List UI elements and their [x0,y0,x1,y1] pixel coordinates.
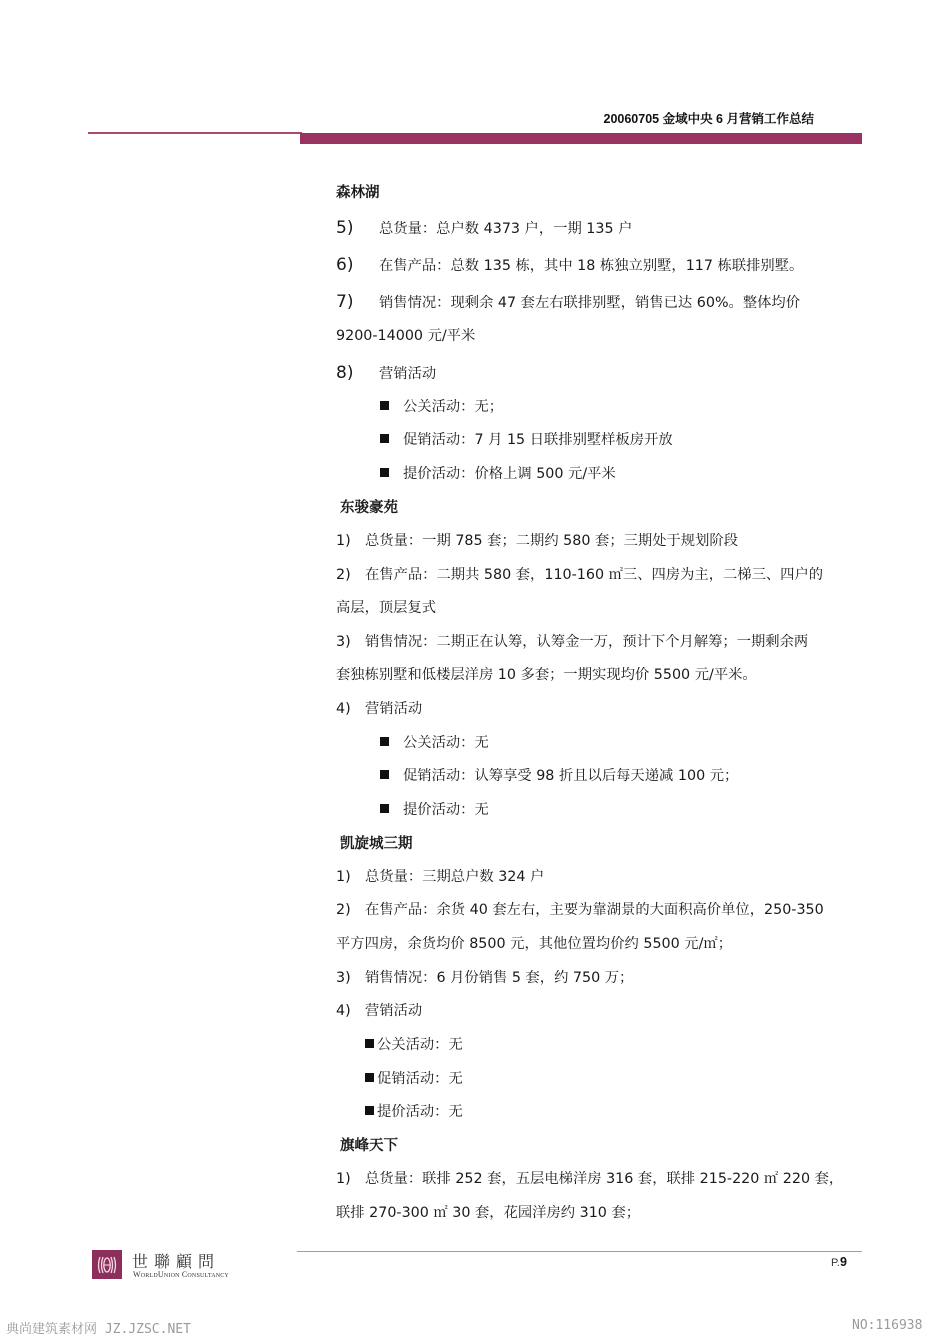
activity-text: 提价活动：价格上调 500 元/平米 [403,466,616,482]
item-number: 1) [336,867,365,887]
activity-item: 促销活动：认筹享受 98 折且以后每天递减 100 元； [380,766,738,786]
square-bullet-icon [380,804,389,813]
item-text: 销售情况：6 月份销售 5 套，约 750 万； [365,970,633,986]
square-bullet-icon [365,1073,374,1082]
item-number: 3) [336,632,365,652]
page-prefix: P. [831,1257,840,1269]
list-item: 4)营销活动 [336,1001,422,1021]
list-item: 1)总货量：联排 252 套，五层电梯洋房 316 套，联排 215-220 ㎡… [336,1169,843,1189]
activity-item: 公关活动：无 [365,1035,463,1055]
section-title: 凯旋城三期 [340,834,413,854]
item-number: 2) [336,565,365,585]
item-number: 3) [336,968,365,988]
watermark-id: NO:116938 [852,1318,922,1333]
activity-text: 促销活动：认筹享受 98 折且以后每天递减 100 元； [403,768,738,784]
square-bullet-icon [380,401,389,410]
list-item: 1)总货量：一期 785 套；二期约 580 套；三期处于规划阶段 [336,531,738,551]
item-text: 在售产品：余货 40 套左右，主要为靠湖景的大面积高价单位，250-350 [365,902,824,918]
list-item: 5)总货量：总户数 4373 户，一期 135 户 [336,218,632,239]
item-text: 在售产品：总数 135 栋，其中 18 栋独立别墅，117 栋联排别墅。 [379,258,803,274]
activity-text: 提价活动：无 [403,802,489,818]
list-item: 4)营销活动 [336,699,422,719]
activity-text: 公关活动：无 [403,735,489,751]
square-bullet-icon [365,1039,374,1048]
logo-chinese-name: 世聯顧問 [132,1249,220,1272]
list-item: 1)总货量：三期总户数 324 户 [336,867,544,887]
activity-item: 促销活动：7 月 15 日联排别墅样板房开放 [380,430,673,450]
square-bullet-icon [380,468,389,477]
activity-text: 提价活动：无 [377,1104,463,1120]
item-continuation: 联排 270-300 ㎡ 30 套，花园洋房约 310 套； [336,1203,640,1223]
worldunion-logo-icon [92,1250,122,1279]
list-item: 6)在售产品：总数 135 栋，其中 18 栋独立别墅，117 栋联排别墅。 [336,255,803,276]
watermark-site: 典尚建筑素材网 JZ.JZSC.NET [6,1318,191,1337]
item-number: 5) [336,218,379,238]
footer-rule [297,1251,862,1252]
activity-text: 公关活动：无 [377,1037,463,1053]
item-number: 1) [336,531,365,551]
item-number: 4) [336,1001,365,1021]
item-text: 营销活动 [365,1003,422,1019]
item-number: 8) [336,363,379,383]
logo-english-name: WorldUnion Consultancy [133,1270,229,1279]
item-number: 2) [336,900,365,920]
section-title: 森林湖 [336,183,380,203]
page-number-value: 9 [840,1255,847,1269]
list-item: 2)在售产品：二期共 580 套，110-160 ㎡三、四房为主，二梯三、四户的 [336,565,823,585]
list-item: 3)销售情况：二期正在认筹，认筹金一万，预计下个月解筹；一期剩余两 [336,632,808,652]
activity-item: 公关活动：无 [380,733,489,753]
item-continuation: 高层，顶层复式 [336,598,436,618]
item-text: 销售情况：现剩余 47 套左右联排别墅，销售已达 60%。整体均价 [379,295,800,311]
item-continuation: 平方四房，余货均价 8500 元，其他位置均价约 5500 元/㎡； [336,934,732,954]
item-number: 1) [336,1169,365,1189]
item-text: 总货量：联排 252 套，五层电梯洋房 316 套，联排 215-220 ㎡ 2… [365,1171,843,1187]
list-item: 3)销售情况：6 月份销售 5 套，约 750 万； [336,968,633,988]
page-number: P.9 [831,1255,847,1269]
list-item: 8)营销活动 [336,363,436,384]
item-text: 总货量：三期总户数 324 户 [365,869,544,885]
item-text: 营销活动 [365,701,422,717]
item-text: 销售情况：二期正在认筹，认筹金一万，预计下个月解筹；一期剩余两 [365,634,808,650]
activity-text: 促销活动：7 月 15 日联排别墅样板房开放 [403,432,673,448]
activity-item: 提价活动：价格上调 500 元/平米 [380,464,616,484]
item-number: 4) [336,699,365,719]
header-rule-bar [300,133,862,144]
item-number: 7) [336,292,379,312]
square-bullet-icon [380,770,389,779]
item-text: 营销活动 [379,366,436,382]
activity-item: 提价活动：无 [380,800,489,820]
activity-item: 促销活动：无 [365,1069,463,1089]
section-title: 东骏豪苑 [340,498,398,518]
activity-text: 公关活动：无； [403,399,503,415]
document-header-title: 20060705 金域中央 6 月营销工作总结 [604,109,815,127]
square-bullet-icon [380,434,389,443]
section-title: 旗峰天下 [340,1136,398,1156]
item-continuation: 9200-14000 元/平米 [336,326,475,346]
item-continuation: 套独栋别墅和低楼层洋房 10 多套；一期实现均价 5500 元/平米。 [336,665,757,685]
item-text: 在售产品：二期共 580 套，110-160 ㎡三、四房为主，二梯三、四户的 [365,567,823,583]
activity-text: 促销活动：无 [377,1071,463,1087]
item-text: 总货量：总户数 4373 户，一期 135 户 [379,221,632,237]
list-item: 2)在售产品：余货 40 套左右，主要为靠湖景的大面积高价单位，250-350 [336,900,824,920]
activity-item: 公关活动：无； [380,397,503,417]
item-text: 总货量：一期 785 套；二期约 580 套；三期处于规划阶段 [365,533,738,549]
square-bullet-icon [365,1106,374,1115]
item-number: 6) [336,255,379,275]
activity-item: 提价活动：无 [365,1102,463,1122]
header-rule-thin [88,132,302,134]
square-bullet-icon [380,737,389,746]
list-item: 7)销售情况：现剩余 47 套左右联排别墅，销售已达 60%。整体均价 [336,292,800,313]
